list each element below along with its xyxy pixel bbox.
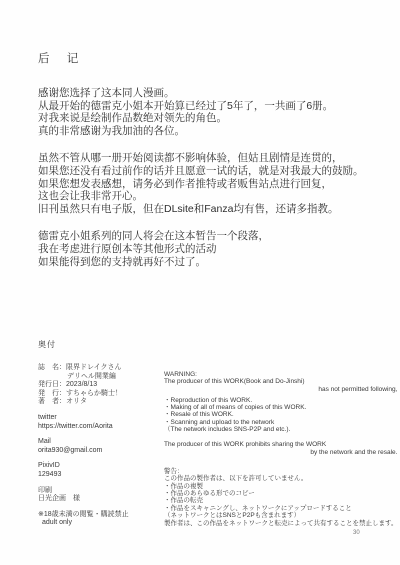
publish-date-label: 発行日： (38, 381, 66, 390)
age-restriction-block: ※18歳未満の閲覧・購読禁止 adult only (38, 511, 158, 528)
warning-japanese: 警告： この作品の製作者は、以下を許可していません。 ・作品の複製 ・作品のあら… (164, 468, 397, 527)
list-item: ・Scanning and upload to the network (164, 419, 397, 426)
mail-address: orita930@gmail.com (38, 447, 158, 456)
text-line: The producer of this WORK(Book and Do-Ji… (164, 378, 397, 385)
text-line: has not permitted following, (164, 386, 397, 393)
printer-block: 印刷 日光企画 様 (38, 487, 158, 504)
list-item: （ネットワークとはSNSとP2Pも含まれます） (164, 512, 397, 519)
list-item: ・Resale of this WORK. (164, 411, 397, 418)
text-line: 如果能得到您的支持就再好不过了。 (38, 256, 390, 269)
text-line: 从最开始的德雷克小姐本开始算已经过了5年了，一共画了6册。 (38, 100, 390, 113)
text-line: 我在考虑进行原创本等其他形式的活动 (38, 243, 390, 256)
age-restriction-notice: ※18歳未満の閲覧・購読禁止 (38, 511, 158, 520)
adult-only-notice: adult only (38, 519, 158, 528)
page-number: 30 (353, 530, 360, 536)
twitter-block: twitter https://twitter.com/Aorita (38, 414, 158, 431)
warning-en-items: ・Reproduction of this WORK. ・Making of a… (164, 397, 397, 433)
afterword-section: 后 记 感谢您选择了这本同人漫画。 从最开始的德雷克小姐本开始算已经过了5年了，… (38, 50, 390, 283)
colophon-columns: 誌 名： 限界ドレイクさん デリヘル開業編 発行日： 2023/8/13 発 行… (38, 364, 388, 528)
afterword-paragraph-1: 感谢您选择了这本同人漫画。 从最开始的德雷克小姐本开始算已经过了5年了，一共画了… (38, 87, 390, 137)
warning-en-heading: WARNING: (164, 371, 397, 378)
text-line: 如果您想发表感想，请务必到作者推特或者贩售站点进行回复， (38, 178, 390, 191)
warning-column: WARNING: The producer of this WORK(Book … (164, 371, 397, 527)
list-item: ・Reproduction of this WORK. (164, 397, 397, 404)
text-line: 这也会让我非常开心。 (38, 190, 390, 203)
text-line: The producer of this WORK prohibits shar… (164, 441, 397, 448)
book-title-label: 誌 名： (38, 364, 66, 373)
book-title: 限界ドレイクさん (66, 364, 122, 373)
mail-block: Mail orita930@gmail.com (38, 438, 158, 455)
author-row: 著 者： オリタ (38, 398, 158, 407)
publish-date: 2023/8/13 (66, 381, 97, 390)
list-item: ・Making of all of means of copies of thi… (164, 404, 397, 411)
list-item: （The network includes SNS-P2P and etc.). (164, 426, 397, 433)
text-line: 製作者は、この作品をネットワークと転売によって共有することを禁止します。 (164, 520, 397, 527)
twitter-label: twitter (38, 414, 158, 423)
warning-english: WARNING: The producer of this WORK(Book … (164, 371, 397, 456)
text-line: 德雷克小姐系列的同人将会在这本暂告一个段落， (38, 230, 390, 243)
colophon-section: 奥付 誌 名： 限界ドレイクさん デリヘル開業編 発行日： 2023/8/13 … (38, 339, 388, 528)
author-name: オリタ (66, 398, 87, 407)
afterword-paragraph-3: 德雷克小姐系列的同人将会在这本暂告一个段落， 我在考虑进行原创本等其他形式的活动… (38, 230, 390, 268)
list-item: ・作品の複製 (164, 483, 397, 490)
afterword-colophon-page: 后 记 感谢您选择了这本同人漫画。 从最开始的德雷克小姐本开始算已经过了5年了，… (0, 0, 400, 565)
afterword-paragraph-2: 虽然不管从哪一册开始阅读都不影响体验，但姑且剧情是连贯的， 如果您还没有看过前作… (38, 152, 390, 215)
publish-date-row: 発行日： 2023/8/13 (38, 381, 158, 390)
text-line: 对我来说是绘制作品数绝对领先的角色。 (38, 112, 390, 125)
twitter-url: https://twitter.com/Aorita (38, 423, 158, 432)
pixiv-label: PixivID (38, 462, 158, 471)
warning-en-footer: The producer of this WORK prohibits shar… (164, 441, 397, 456)
text-line: 旧刊虽然只有电子版，但在DLsite和Fanza均有售，还请多指教。 (38, 203, 390, 216)
text-line: 虽然不管从哪一册开始阅读都不影响体验，但姑且剧情是连贯的， (38, 152, 390, 165)
colophon-heading: 奥付 (38, 339, 388, 350)
publication-info-column: 誌 名： 限界ドレイクさん デリヘル開業編 発行日： 2023/8/13 発 行… (38, 364, 158, 528)
text-line: by the network and the resale. (164, 449, 397, 456)
printer-label: 印刷 (38, 487, 158, 496)
list-item: ・作品の転売 (164, 497, 397, 504)
pixiv-block: PixivID 129493 (38, 462, 158, 479)
mail-label: Mail (38, 438, 158, 447)
text-line: 真的非常感谢为我加油的各位。 (38, 125, 390, 138)
text-line: 感谢您选择了这本同人漫画。 (38, 87, 390, 100)
printer-name: 日光企画 様 (38, 495, 158, 504)
text-line: 如果您还没有看过前作的话并且愿意一试的话，就是对我最大的鼓励。 (38, 165, 390, 178)
afterword-heading: 后 记 (38, 50, 390, 66)
author-label: 著 者： (38, 398, 66, 407)
text-line: この作品の製作者は、以下を許可していません。 (164, 475, 397, 482)
book-title-row: 誌 名： 限界ドレイクさん (38, 364, 158, 373)
book-subtitle: デリヘル開業編 (38, 373, 158, 382)
pixiv-id: 129493 (38, 471, 158, 480)
